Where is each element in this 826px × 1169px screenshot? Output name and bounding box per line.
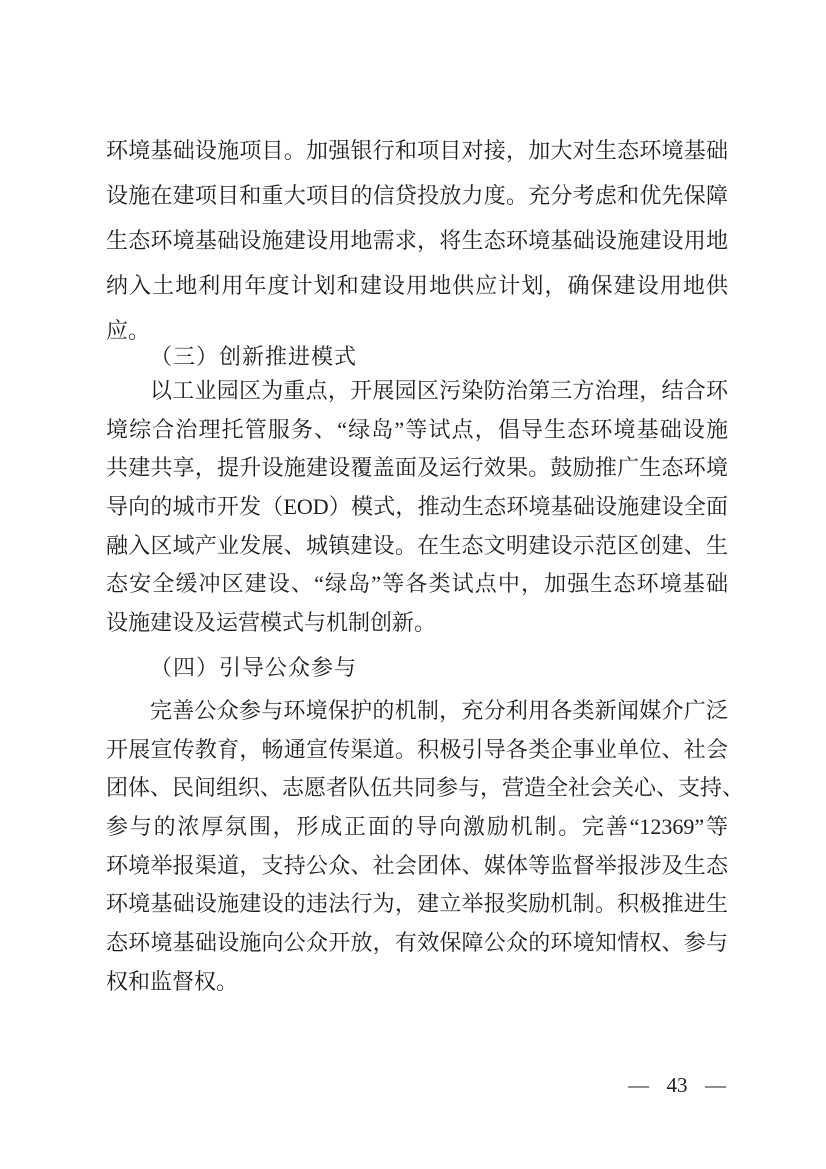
text-line: 共建共享，提升设施建设覆盖面及运行效果。鼓励推广生态环境 [106,449,728,488]
footer-dash-left: — [628,1072,649,1098]
text-line: 环境举报渠道，支持公众、社会团体、媒体等监督举报涉及生态 [106,847,728,886]
document-page: 环境基础设施项目。加强银行和项目对接，加大对生态环境基础设施在建项目和重大项目的… [0,0,826,1169]
text-line: 态环境基础设施向公众开放，有效保障公众的环境知情权、参与 [106,924,728,963]
text-line: 环境基础设施项目。加强银行和项目对接，加大对生态环境基础 [106,128,728,173]
text-line: 生态环境基础设施建设用地需求，将生态环境基础设施建设用地 [106,218,728,263]
section-heading-4: （四）引导公众参与 [106,648,728,688]
text-line: 导向的城市开发（EOD）模式，推动生态环境基础设施建设全面 [106,488,728,527]
text-line: 参与的浓厚氛围，形成正面的导向激励机制。完善“12369”等 [106,808,728,847]
text-line: 环境基础设施建设的违法行为，建立举报奖励机制。积极推进生 [106,885,728,924]
text-line: 设施在建项目和重大项目的信贷投放力度。充分考虑和优先保障 [106,173,728,218]
text-line: 以工业园区为重点，开展园区污染防治第三方治理，结合环 [106,372,728,411]
text-line: 境综合治理托管服务、“绿岛”等试点，倡导生态环境基础设施 [106,411,728,450]
text-line: 权和监督权。 [106,963,728,1002]
text-line: 融入区域产业发展、城镇建设。在生态文明建设示范区创建、生 [106,527,728,566]
page-footer: — 43 — [628,1072,726,1098]
paragraph-continued-funding: 环境基础设施项目。加强银行和项目对接，加大对生态环境基础设施在建项目和重大项目的… [106,128,728,353]
text-line: 开展宣传教育，畅通宣传渠道。积极引导各类企事业单位、社会 [106,731,728,770]
page-number: 43 [667,1072,688,1098]
text-line: 态安全缓冲区建设、“绿岛”等各类试点中，加强生态环境基础 [106,565,728,604]
text-line: 团体、民间组织、志愿者队伍共同参与，营造全社会关心、支持、 [106,769,728,808]
paragraph-public-participation: 完善公众参与环境保护的机制，充分利用各类新闻媒介广泛开展宣传教育，畅通宣传渠道。… [106,692,728,1002]
footer-dash-right: — [705,1072,726,1098]
paragraph-innovation-model: 以工业园区为重点，开展园区污染防治第三方治理，结合环境综合治理托管服务、“绿岛”… [106,372,728,643]
text-line: 设施建设及运营模式与机制创新。 [106,604,728,643]
section-heading-3: （三）创新推进模式 [106,337,728,377]
text-line: 完善公众参与环境保护的机制，充分利用各类新闻媒介广泛 [106,692,728,731]
text-line: 纳入土地利用年度计划和建设用地供应计划，确保建设用地供 [106,263,728,308]
